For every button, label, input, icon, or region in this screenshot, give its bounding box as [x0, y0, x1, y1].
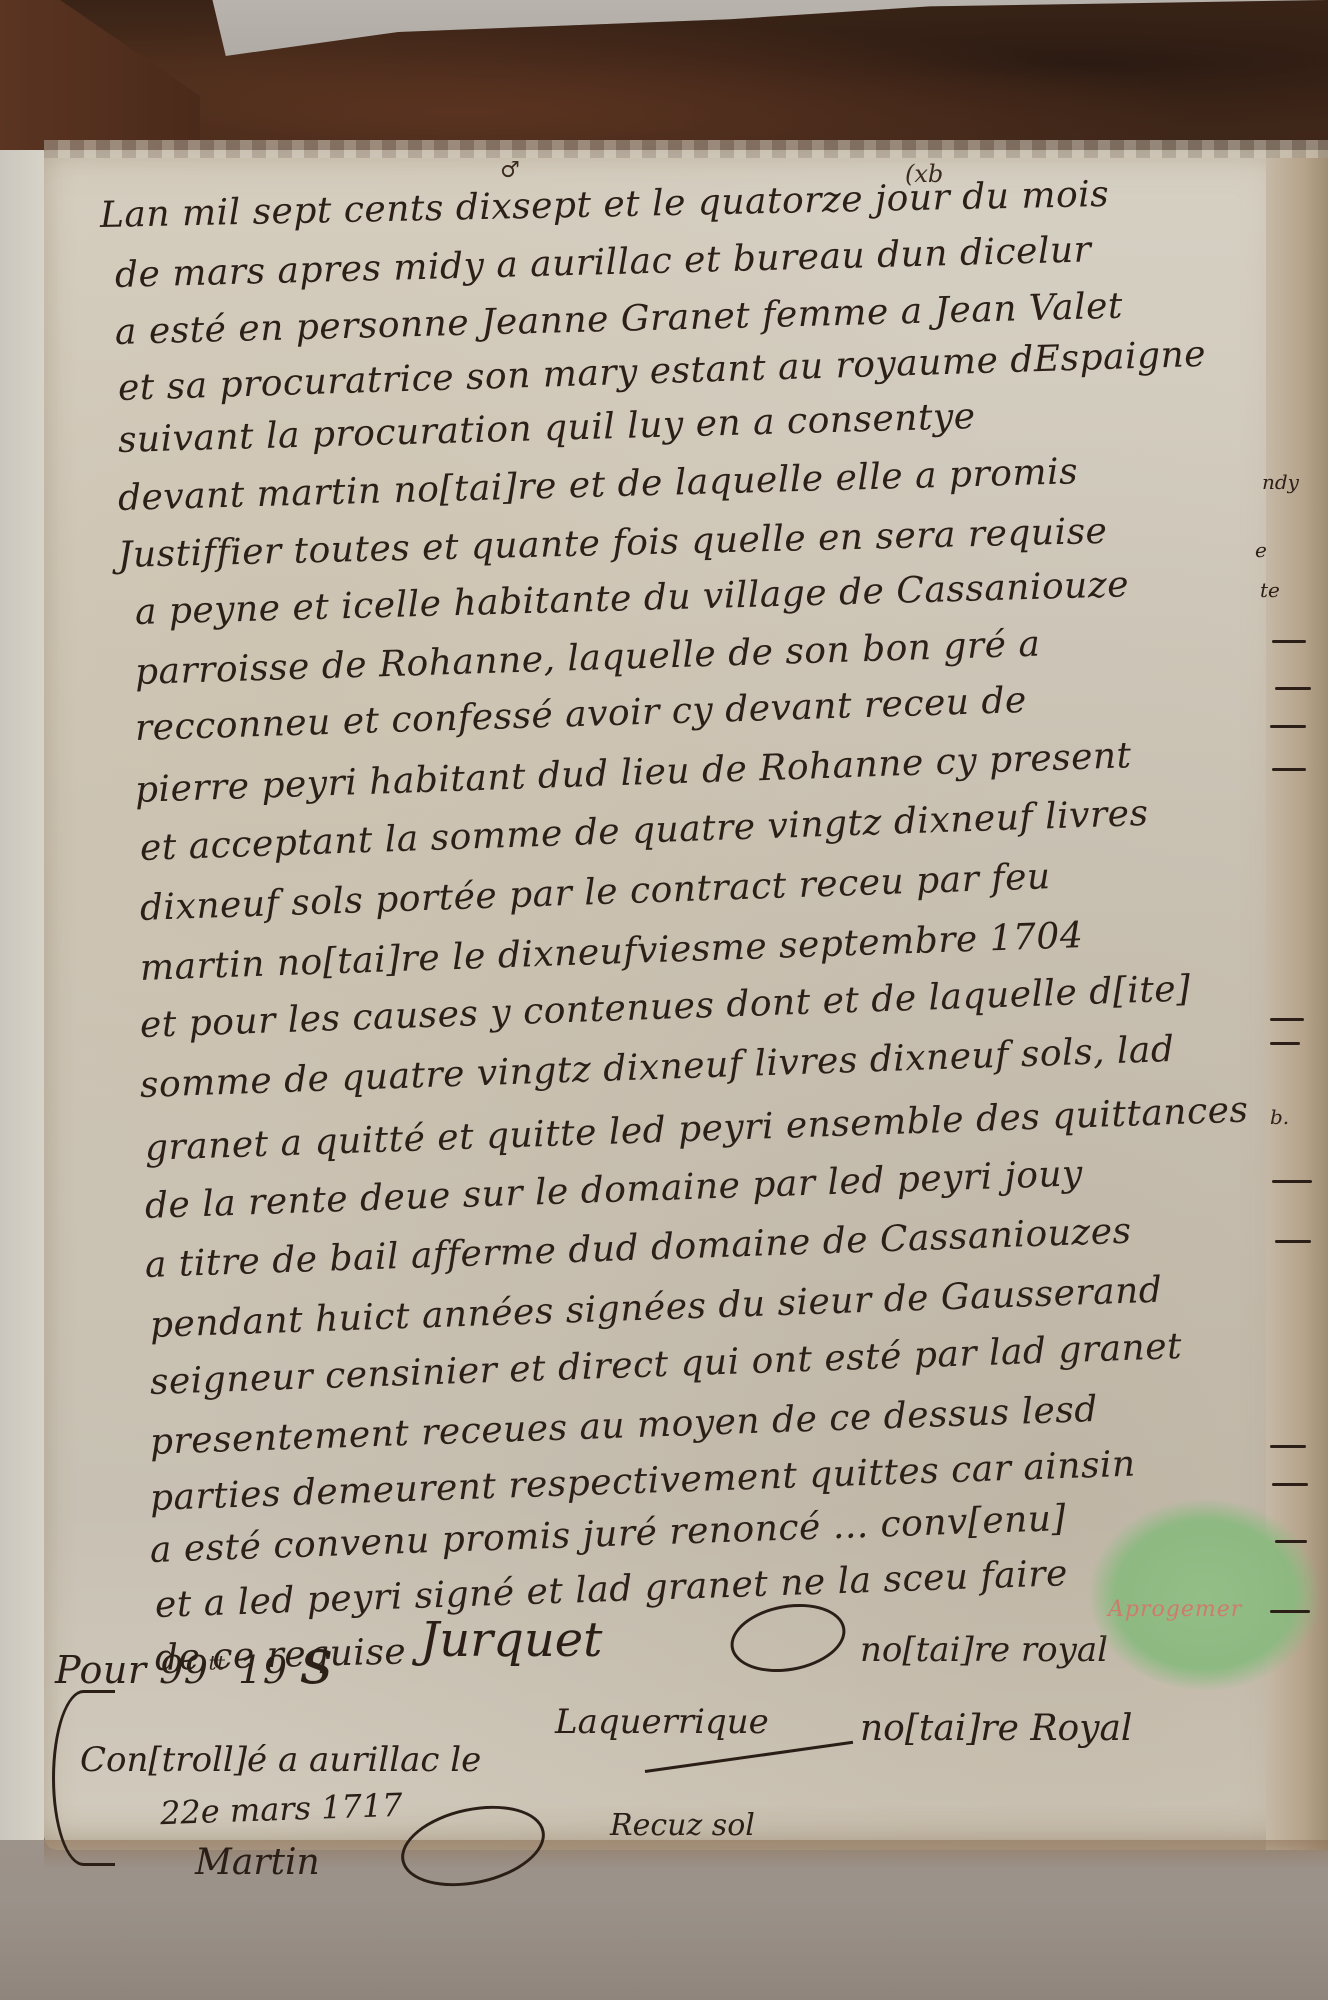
margin-dash [1270, 725, 1306, 728]
control-note-line-2: 22e mars 1717 [159, 1786, 403, 1832]
margin-dash [1270, 1610, 1310, 1613]
margin-dash [1270, 1018, 1304, 1021]
text-line-7: Justiffier toutes et quante fois quelle … [117, 511, 1107, 576]
signature-martin: Martin [195, 1842, 320, 1883]
margin-dash [1270, 1042, 1300, 1045]
text-line-13: dixneuf sols portée par le contract rece… [139, 856, 1051, 929]
paraph-stroke-2 [645, 1741, 853, 1773]
signature-laquerrique-title: no[tai]re Royal [860, 1708, 1132, 1749]
signature-jurquet: Jurquet [420, 1612, 602, 1668]
paraph-flourish-1 [725, 1595, 851, 1680]
text-line-8: a peyne et icelle habitante du village d… [134, 564, 1129, 633]
margin-note-1: ndy [1262, 470, 1299, 494]
text-line-1: Lan mil sept cents dixsept et le quatorz… [100, 174, 1110, 236]
margin-note-5: b. [1270, 1105, 1289, 1129]
paraph-flourish-3 [394, 1794, 553, 1899]
text-line-19: a titre de bail afferme dud domaine de C… [144, 1211, 1132, 1286]
control-note-line-1: Con[troll]é a aurillac le [80, 1740, 481, 1780]
sum-label: Pour 99 [55, 1648, 208, 1692]
manuscript-text: ♂ (xb Lan mil sept cents dixsept et le q… [0, 0, 1328, 2000]
green-stamp [1090, 1500, 1320, 1690]
margin-dash [1272, 1180, 1312, 1183]
margin-dash [1272, 768, 1306, 771]
text-line-9: parroisse de Rohanne, laquelle de son bo… [134, 624, 1041, 693]
sols-abbrev: s [300, 1625, 333, 1699]
margin-note-2: e [1255, 538, 1267, 562]
margin-dash [1270, 1445, 1306, 1448]
top-mark: ♂ [500, 158, 520, 183]
stamp-text: Aprogemer [1108, 1597, 1242, 1622]
sum-sols: 19 [238, 1648, 287, 1692]
text-line-18: de la rente deue sur le domaine par led … [144, 1153, 1083, 1227]
text-line-5: suivant la procuration quil luy en a con… [117, 396, 976, 461]
receipt-note: Recuz sol [610, 1808, 755, 1843]
margin-dash [1275, 687, 1311, 690]
text-line-17: granet a quitté et quitte led peyri ense… [144, 1089, 1249, 1169]
text-line-10: recconneu et confessé avoir cy devant re… [134, 680, 1027, 749]
text-line-2: de mars apres midy a aurillac et bureau … [114, 229, 1091, 296]
text-line-6: devant martin no[tai]re et de laquelle e… [117, 451, 1078, 519]
signature-jurquet-title: no[tai]re royal [860, 1630, 1108, 1670]
sum-line: Pour 99tt 19 s [55, 1625, 333, 1699]
livres-abbrev: tt [208, 1650, 225, 1674]
signature-laquerrique: Laquerrique [555, 1702, 769, 1742]
margin-dash [1275, 1240, 1311, 1243]
margin-dash [1272, 1483, 1308, 1486]
margin-note-3: te [1260, 578, 1280, 602]
margin-dash [1272, 640, 1306, 643]
margin-dash [1275, 1540, 1307, 1543]
